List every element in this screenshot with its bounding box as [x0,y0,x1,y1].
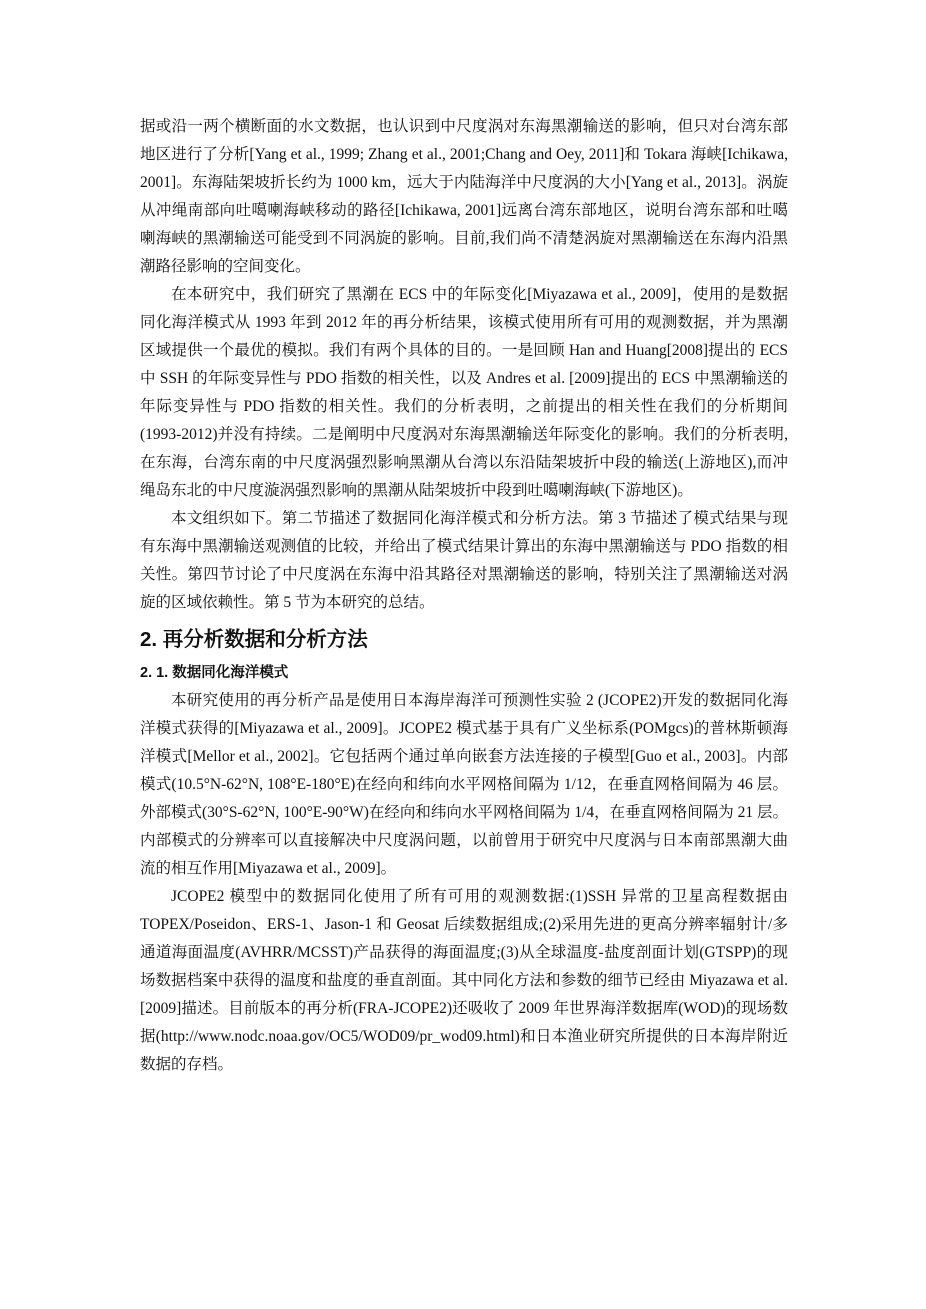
section-heading: 2. 再分析数据和分析方法 [140,626,788,654]
paragraph-section-2: JCOPE2 模型中的数据同化使用了所有可用的观测数据:(1)SSH 异常的卫星… [140,883,788,1079]
paragraph-intro-2: 在本研究中，我们研究了黑潮在 ECS 中的年际变化[Miyazawa et al… [140,281,788,505]
paragraph-intro-3: 本文组织如下。第二节描述了数据同化海洋模式和分析方法。第 3 节描述了模式结果与… [140,505,788,617]
document-page: 据或沿一两个横断面的水文数据，也认识到中尺度涡对东海黑潮输送的影响，但只对台湾东… [140,113,788,1079]
subsection-heading: 2. 1. 数据同化海洋模式 [140,660,788,686]
paragraph-intro-1: 据或沿一两个横断面的水文数据，也认识到中尺度涡对东海黑潮输送的影响，但只对台湾东… [140,113,788,281]
paragraph-section-1: 本研究使用的再分析产品是使用日本海岸海洋可预测性实验 2 (JCOPE2)开发的… [140,687,788,883]
